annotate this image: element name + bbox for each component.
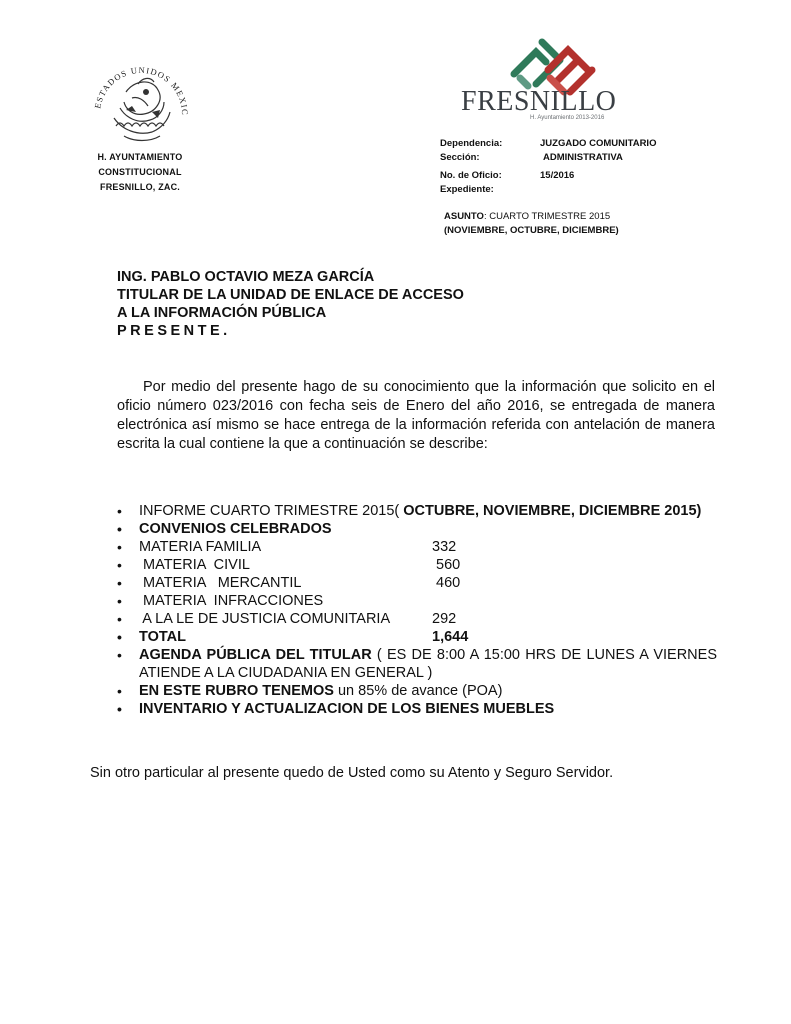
meta-value: 15/2016: [540, 169, 574, 183]
meta-oficio: No. de Oficio: 15/2016: [440, 169, 656, 183]
materia-label: A LA LE DE JUSTICIA COMUNITARIA: [139, 610, 432, 628]
meta-label: No. de Oficio:: [440, 169, 540, 183]
materia-value: 560: [432, 556, 460, 574]
subject-value: : CUARTO TRIMESTRE 2015: [484, 211, 610, 222]
caption-line: FRESNILLO, ZAC.: [70, 180, 210, 195]
list-item-total: TOTAL1,644: [117, 628, 717, 646]
caption-line: H. AYUNTAMIENTO: [70, 150, 210, 165]
items-list: INFORME CUARTO TRIMESTRE 2015( OCTUBRE, …: [117, 502, 717, 718]
svg-text:ESTADOS UNIDOS MEXICANOS: ESTADOS UNIDOS MEXICANOS: [86, 52, 190, 116]
agenda-title: AGENDA PÚBLICA DEL TITULAR: [139, 647, 372, 663]
materia-label: MATERIA MERCANTIL: [139, 574, 432, 592]
list-item-informe: INFORME CUARTO TRIMESTRE 2015( OCTUBRE, …: [117, 502, 717, 520]
meta-label: Dependencia:: [440, 137, 540, 151]
list-item-inventario: INVENTARIO Y ACTUALIZACION DE LOS BIENES…: [117, 700, 717, 718]
materia-value: 292: [432, 610, 456, 628]
rubro-title: EN ESTE RUBRO TENEMOS: [139, 683, 334, 699]
presente-line: PRESENTE.: [117, 322, 464, 340]
informe-text: INFORME CUARTO TRIMESTRE 2015(: [139, 503, 399, 519]
list-item-rubro: EN ESTE RUBRO TENEMOS un 85% de avance (…: [117, 682, 717, 700]
coat-of-arms-icon: ESTADOS UNIDOS MEXICANOS: [86, 52, 196, 152]
subject-label: ASUNTO: [444, 211, 484, 222]
logo-subtitle: H. Ayuntamiento 2013-2016: [530, 115, 604, 121]
materia-label: MATERIA FAMILIA: [139, 538, 432, 556]
subject-block: ASUNTO: CUARTO TRIMESTRE 2015 (NOVIEMBRE…: [444, 210, 619, 238]
caption-line: CONSTITUCIONAL: [70, 165, 210, 180]
list-item-materia: MATERIA CIVIL 560: [117, 556, 717, 574]
addressee-title: TITULAR DE LA UNIDAD DE ENLACE DE ACCESO: [117, 286, 464, 304]
meta-label: Sección:: [440, 151, 540, 165]
addressee-name: ING. PABLO OCTAVIO MEZA GARCÍA: [117, 268, 464, 286]
informe-months: OCTUBRE, NOVIEMBRE, DICIEMBRE 2015): [399, 503, 701, 519]
list-item-convenios: CONVENIOS CELEBRADOS: [117, 520, 717, 538]
addressee-title-cont: A LA INFORMACIÓN PÚBLICA: [117, 304, 464, 322]
list-item-agenda: AGENDA PÚBLICA DEL TITULAR ( ES DE 8:00 …: [117, 646, 717, 682]
municipality-caption: H. AYUNTAMIENTO CONSTITUCIONAL FRESNILLO…: [70, 150, 210, 195]
meta-expediente: Expediente:: [440, 183, 656, 197]
body-paragraph: Por medio del presente hago de su conoci…: [117, 378, 715, 454]
materia-label: MATERIA CIVIL: [139, 556, 432, 574]
closing-line: Sin otro particular al presente quedo de…: [90, 765, 613, 781]
list-item-materia: MATERIA INFRACCIONES: [117, 592, 717, 610]
meta-seccion: Sección: ADMINISTRATIVA: [440, 151, 656, 165]
meta-dependencia: Dependencia: JUZGADO COMUNITARIO: [440, 137, 656, 151]
materia-label: MATERIA INFRACCIONES: [139, 592, 432, 610]
rubro-progress: un 85% de avance (POA): [334, 683, 502, 699]
list-item-materia: MATERIA MERCANTIL 460: [117, 574, 717, 592]
materia-value: 460: [432, 574, 460, 592]
list-item-materia: A LA LE DE JUSTICIA COMUNITARIA292: [117, 610, 717, 628]
meta-value: JUZGADO COMUNITARIO: [540, 137, 656, 151]
meta-value: ADMINISTRATIVA: [540, 151, 623, 165]
document-metadata: Dependencia: JUZGADO COMUNITARIO Sección…: [440, 137, 656, 197]
meta-label: Expediente:: [440, 183, 540, 197]
total-label: TOTAL: [139, 628, 432, 646]
subject-months: (NOVIEMBRE, OCTUBRE, DICIEMBRE): [444, 224, 619, 238]
addressee-block: ING. PABLO OCTAVIO MEZA GARCÍA TITULAR D…: [117, 268, 464, 340]
list-item-materia: MATERIA FAMILIA332: [117, 538, 717, 556]
logo-wordmark: FRESNILLO: [461, 86, 616, 118]
materia-value: 332: [432, 538, 456, 556]
total-value: 1,644: [432, 628, 468, 646]
